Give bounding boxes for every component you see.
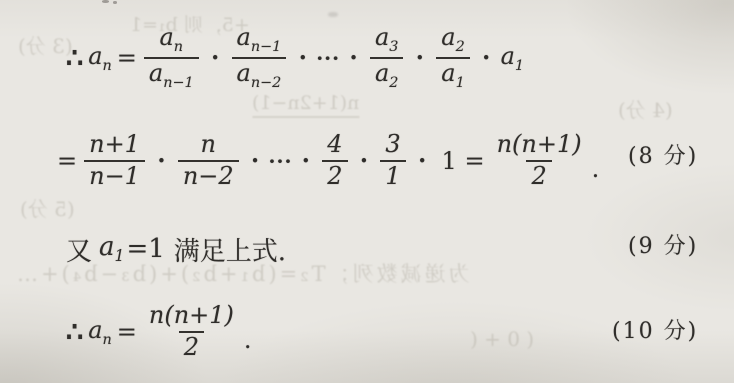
multiplication-dot: • xyxy=(415,49,424,67)
fraction-n(n+1)-over-2: n(n+1) 2 xyxy=(144,303,239,361)
one-equals: 1 = xyxy=(442,147,485,175)
ellipsis-dots: ··· xyxy=(269,149,293,173)
multiplication-dot: • xyxy=(251,152,260,170)
therefore-symbol: ∴ xyxy=(66,317,81,348)
ellipsis-dots: ··· xyxy=(316,46,340,70)
verification-line: 又 a1 =1 满足上式. xyxy=(66,231,286,267)
scan-speck xyxy=(113,1,117,4)
period: . xyxy=(592,155,600,183)
derivation-line-1: ∴ an = an an−1 • an−1 an−2 • ··· • a3 a2… xyxy=(66,26,524,90)
bleed-through-score: (5 分) xyxy=(20,193,75,222)
bleed-through-score: (4 分) xyxy=(618,94,673,123)
fraction-an-1-over-an-2: an−1 an−2 xyxy=(232,25,287,92)
equals-sign: = xyxy=(117,44,137,72)
multiplication-dot: • xyxy=(360,152,369,170)
multiplication-dot: • xyxy=(157,152,166,170)
term-a-1: a1 xyxy=(501,42,524,74)
scan-speck xyxy=(102,0,109,3)
bleed-through-score: (3 分) xyxy=(18,30,73,59)
term-a-n: an xyxy=(88,42,112,74)
equals-sign: = xyxy=(57,147,77,175)
term-a-1: a1 xyxy=(99,232,124,265)
fraction-a3-over-a2: a3 a2 xyxy=(370,25,403,92)
therefore-symbol: ∴ xyxy=(66,43,81,74)
multiplication-dot: • xyxy=(211,49,220,67)
multiplication-dot: • xyxy=(349,49,358,67)
scan-speck xyxy=(328,12,338,17)
fraction-3-over-1: 3 1 xyxy=(380,132,405,190)
fraction-4-over-2: 4 2 xyxy=(322,132,347,190)
fraction-n+1-over-n-1: n+1 n−1 xyxy=(84,132,145,190)
bleed-through-fragment: ( 0 + ( xyxy=(470,327,534,351)
bleed-through-fraction: n(1+2n−1) xyxy=(252,92,359,118)
period: . xyxy=(244,326,252,354)
multiplication-dot: • xyxy=(301,152,310,170)
conclusion-line: ∴ an = n(n+1) 2 . xyxy=(66,300,252,364)
term-a-n: an xyxy=(88,316,112,348)
multiplication-dot: • xyxy=(418,152,427,170)
scanned-solution-page: +5，则 b₁=1 (3 分) n(1+2n−1) (4 分) (5 分) 为递… xyxy=(0,0,734,383)
score-10-points: (10 分) xyxy=(612,314,698,345)
fraction-n-over-n-2: n n−2 xyxy=(178,132,239,190)
fraction-n(n+1)-over-2: n(n+1) 2 xyxy=(492,132,587,190)
fraction-a2-over-a1: a2 a1 xyxy=(436,25,469,92)
equals-sign: = xyxy=(117,318,137,346)
equals-one: =1 xyxy=(126,234,164,264)
fraction-an-over-an-1: an an−1 xyxy=(144,25,199,92)
score-9-points: (9 分) xyxy=(628,229,698,260)
also-character: 又 xyxy=(66,231,92,268)
satisfies-text: 满足上式. xyxy=(174,231,286,268)
multiplication-dot: • xyxy=(298,49,307,67)
derivation-line-2: = n+1 n−1 • n n−2 • ··· • 4 2 • 3 1 • 1 … xyxy=(57,129,599,193)
score-8-points: (8 分) xyxy=(628,139,698,170)
multiplication-dot: • xyxy=(482,49,491,67)
